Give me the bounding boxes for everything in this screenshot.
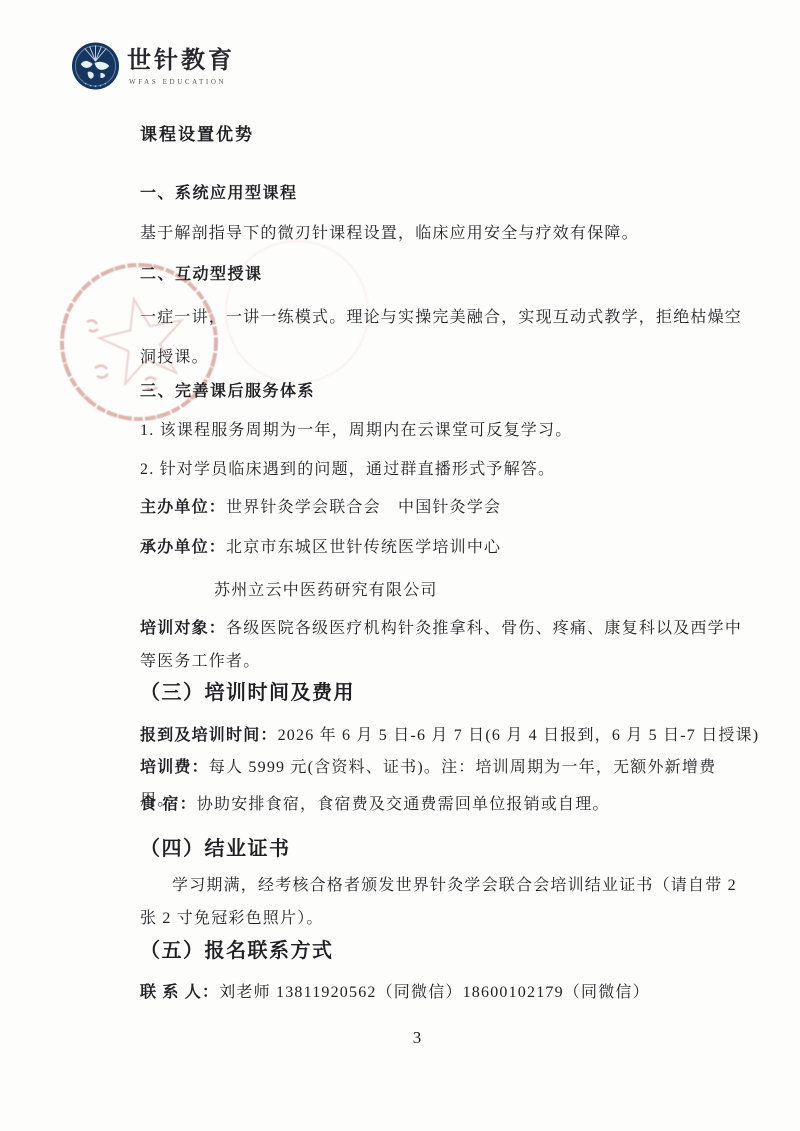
- time-line: 报到及培训时间：2026 年 6 月 5 日-6 月 7 日(6 月 4 日报到…: [140, 719, 748, 752]
- document-page: 世针教育 WFAS EDUCATION 课程设置优势 一、系统应用型课程 基于解…: [0, 0, 800, 1131]
- section1-body: 基于解剖指导下的微刃针课程设置，临床应用安全与疗效有保障。: [140, 217, 748, 250]
- part4-title: （四）结业证书: [140, 834, 748, 864]
- undertaker-label: 承办单位：: [140, 539, 226, 556]
- organizer-label: 主办单位：: [140, 499, 226, 516]
- contact-value: 刘老师 13811920562（同微信）18600102179（同微信）: [219, 984, 650, 1001]
- part5-title: （五）报名联系方式: [140, 936, 748, 966]
- undertaker-line: 承办单位：北京市东城区世针传统医学培训中心: [140, 531, 748, 564]
- section3-item-1: 1. 该课程服务周期为一年，周期内在云课堂可反复学习。: [140, 414, 748, 447]
- wfas-globe-emblem-icon: [71, 41, 120, 91]
- section2-body: 一症一讲，一讲一练模式。理论与实操完美融合，实现互动式教学，拒绝枯燥空洞授课。: [140, 298, 748, 378]
- trainees-value: 各级医院各级医疗机构针灸推拿科、骨伤、疼痛、康复科以及西学中等医务工作者。: [140, 620, 742, 670]
- part4-body: 学习期满，经考核合格者颁发世界针灸学会联合会培训结业证书（请自带 2 张 2 寸…: [140, 869, 748, 935]
- page-number: 3: [17, 1028, 800, 1048]
- contact-line: 联 系 人：刘老师 13811920562（同微信）18600102179（同微…: [140, 976, 748, 1009]
- section1-heading: 一、系统应用型课程: [140, 180, 748, 208]
- fee-label: 培训费：: [140, 759, 209, 776]
- section3-item-2: 2. 针对学员临床遇到的问题，通过群直播形式予解答。: [140, 453, 748, 486]
- section2-heading: 二、互动型授课: [140, 261, 748, 289]
- undertaker-value: 北京市东城区世针传统医学培训中心: [226, 539, 501, 556]
- undertaker-line-2: 苏州立云中医药研究有限公司: [140, 574, 800, 607]
- trainees-label: 培训对象：: [140, 620, 226, 637]
- board-value: 协助安排食宿，食宿费及交通费需回单位报销或自理。: [197, 796, 610, 813]
- brand-logo: 世针教育 WFAS EDUCATION: [71, 41, 235, 91]
- organizer-line: 主办单位：世界针灸学会联合会 中国针灸学会: [140, 491, 748, 524]
- board-line: 食 宿：协助安排食宿，食宿费及交通费需回单位报销或自理。: [140, 788, 748, 821]
- organizer-value: 世界针灸学会联合会 中国针灸学会: [226, 499, 501, 516]
- doc-title: 课程设置优势: [140, 121, 748, 149]
- brand-name-en: WFAS EDUCATION: [127, 78, 235, 86]
- time-label: 报到及培训时间：: [140, 727, 278, 744]
- brand-text: 世针教育 WFAS EDUCATION: [127, 41, 235, 86]
- time-value: 2026 年 6 月 5 日-6 月 7 日(6 月 4 日报到，6 月 5 日…: [278, 727, 760, 744]
- part3-title: （三）培训时间及费用: [140, 678, 748, 708]
- section3-heading: 三、完善课后服务体系: [140, 378, 748, 406]
- brand-name-cn: 世针教育: [127, 49, 235, 73]
- board-label: 食 宿：: [140, 796, 197, 813]
- trainees-line: 培训对象：各级医院各级医疗机构针灸推拿科、骨伤、疼痛、康复科以及西学中等医务工作…: [140, 612, 748, 678]
- contact-label: 联 系 人：: [140, 984, 219, 1001]
